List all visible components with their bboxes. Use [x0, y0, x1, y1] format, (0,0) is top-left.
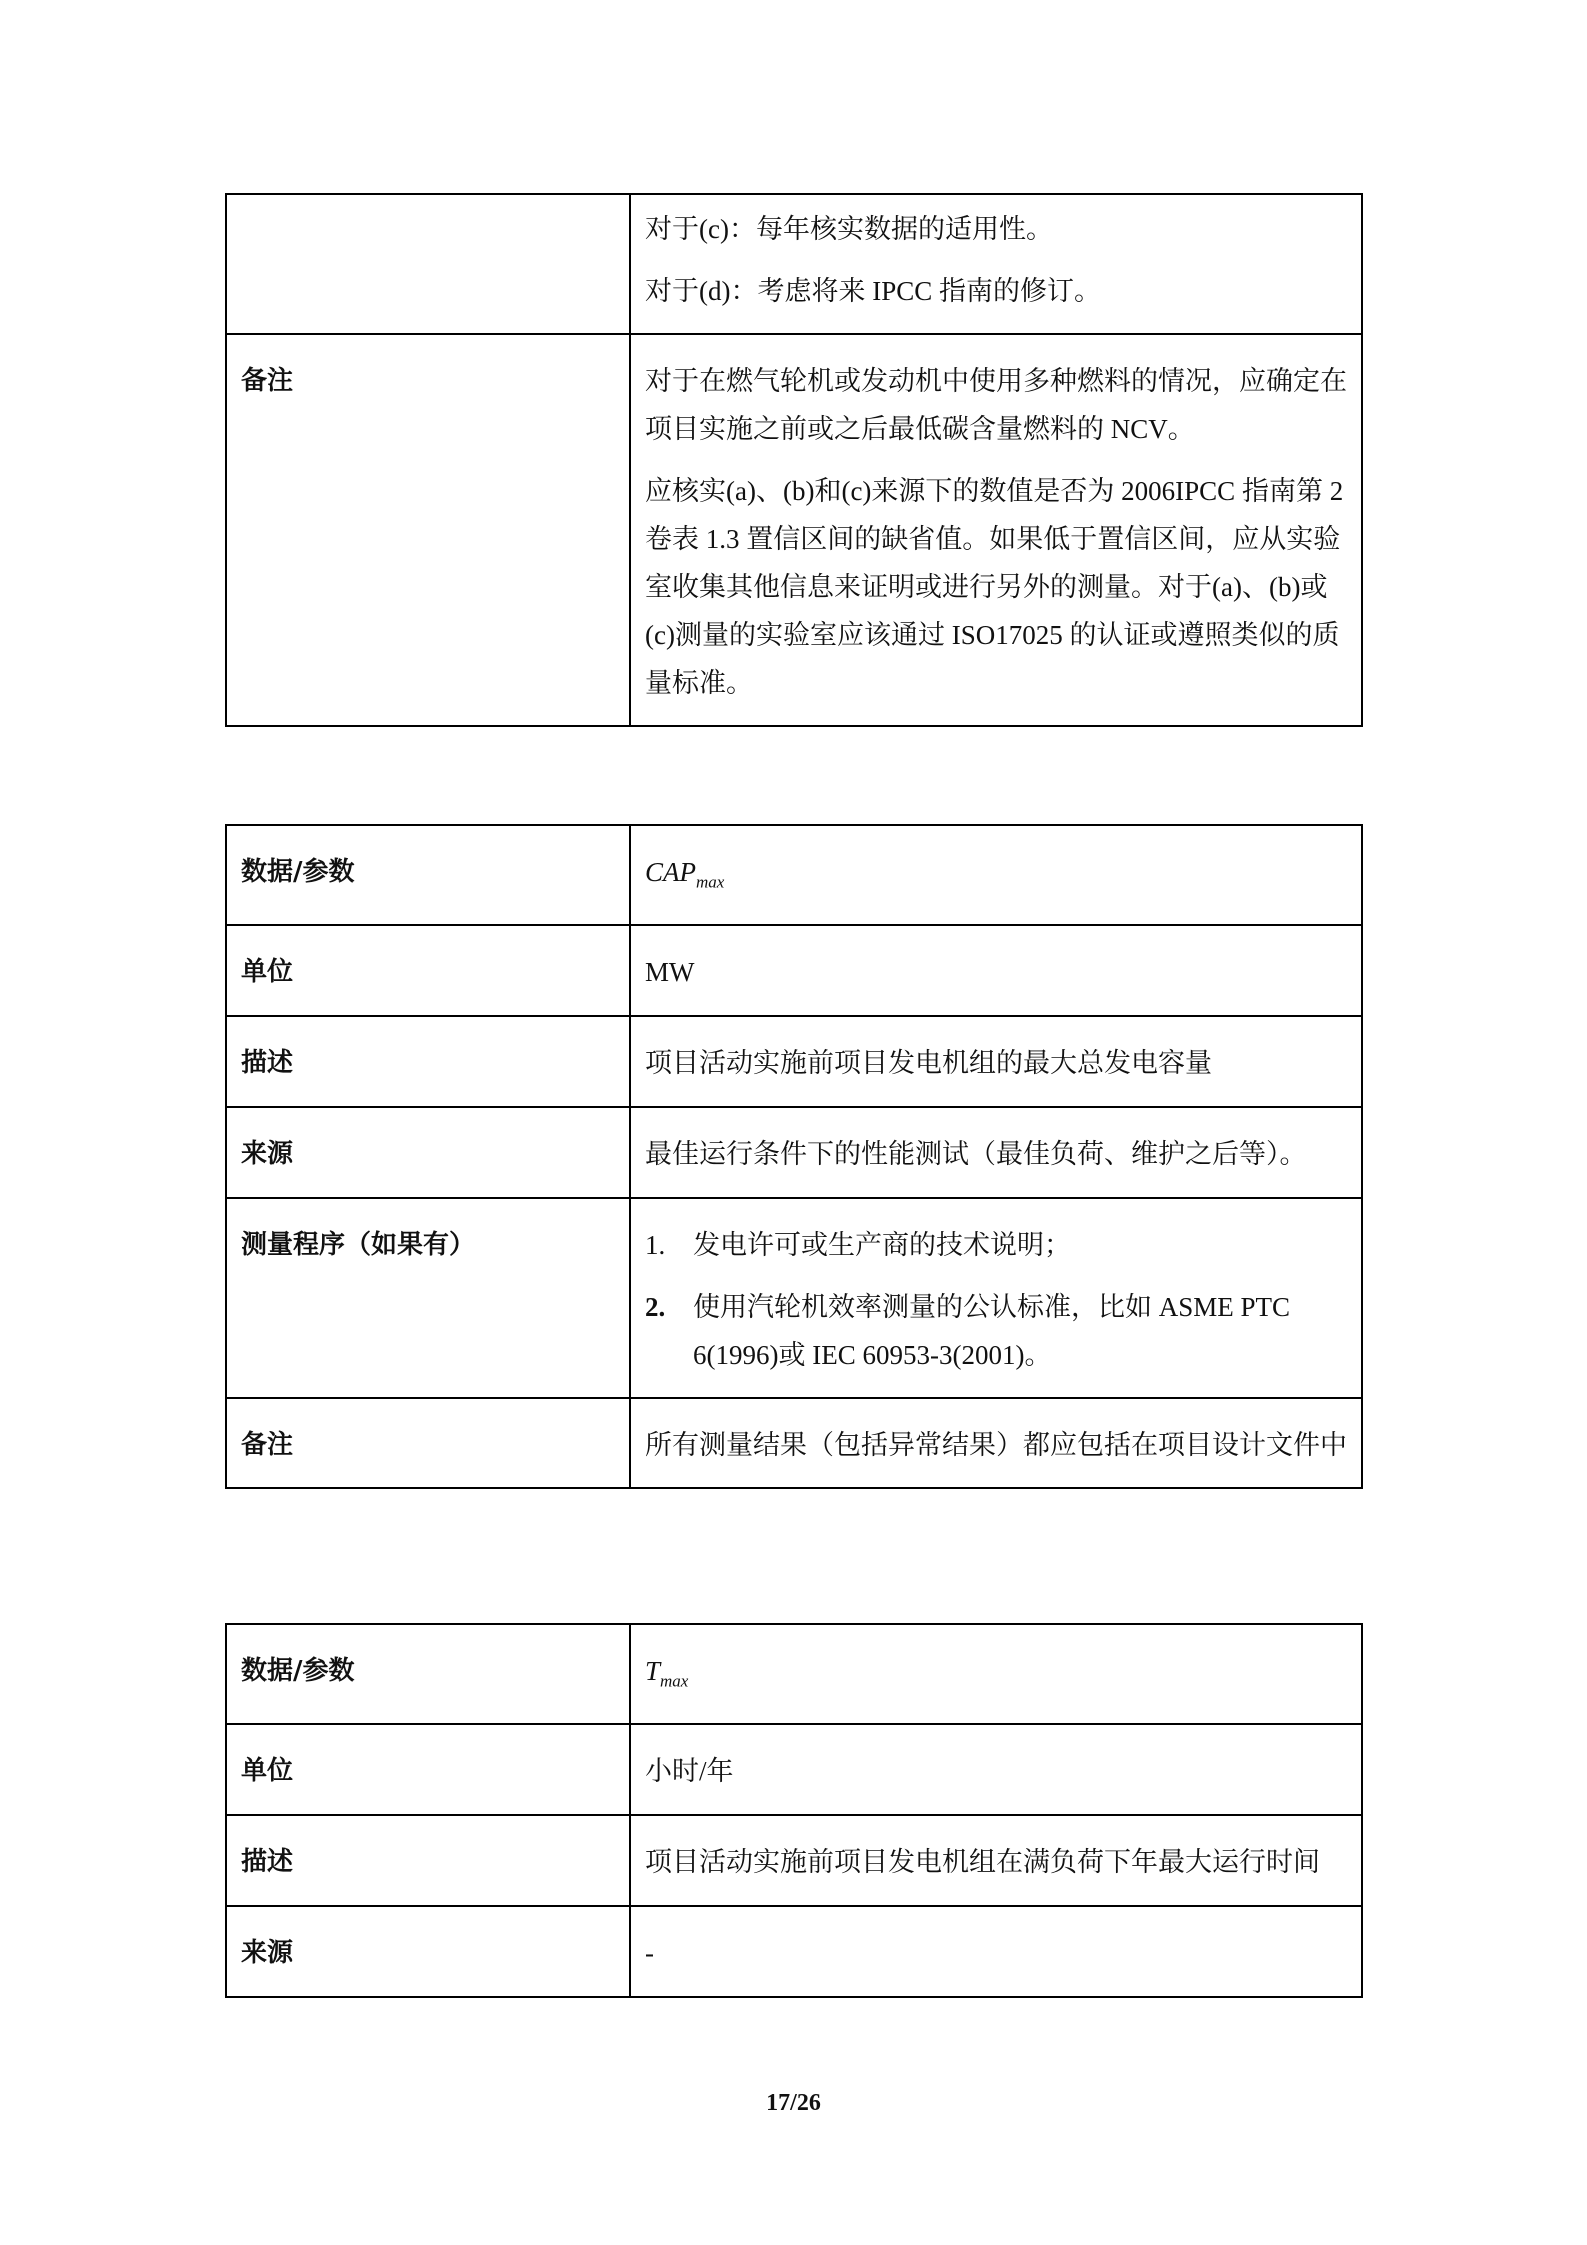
- list-item: 2.使用汽轮机效率测量的公认标准，比如 ASME PTC 6(1996)或 IE…: [645, 1283, 1347, 1379]
- unit-label: 单位: [226, 1724, 630, 1815]
- row-label: [226, 194, 630, 334]
- parameter-table-capmax: 数据/参数 CAPmax 单位 MW 描述 项目活动实施前项目发电机组的最大总发…: [225, 824, 1363, 1489]
- param-value: CAPmax: [630, 825, 1362, 925]
- remark-label: 备注: [226, 334, 630, 726]
- remark-label: 备注: [226, 1398, 630, 1488]
- unit-value: MW: [630, 925, 1362, 1016]
- table-row: 单位 MW: [226, 925, 1362, 1016]
- remark-value: 所有测量结果（包括异常结果）都应包括在项目设计文件中: [630, 1398, 1362, 1488]
- description-label: 描述: [226, 1016, 630, 1107]
- row-value: 对于(c)：每年核实数据的适用性。 对于(d)：考虑将来 IPCC 指南的修订。: [630, 194, 1362, 334]
- procedure-list: 1.发电许可或生产商的技术说明； 2.使用汽轮机效率测量的公认标准，比如 ASM…: [645, 1221, 1347, 1379]
- paragraph: 对于在燃气轮机或发动机中使用多种燃料的情况，应确定在项目实施之前或之后最低碳含量…: [645, 357, 1347, 453]
- description-label: 描述: [226, 1815, 630, 1906]
- source-value: 最佳运行条件下的性能测试（最佳负荷、维护之后等）。: [630, 1107, 1362, 1198]
- page-number: 17/26: [0, 2090, 1587, 2117]
- description-value: 项目活动实施前项目发电机组在满负荷下年最大运行时间: [630, 1815, 1362, 1906]
- parameter-table-continued: 对于(c)：每年核实数据的适用性。 对于(d)：考虑将来 IPCC 指南的修订。…: [225, 193, 1363, 727]
- table-row: 对于(c)：每年核实数据的适用性。 对于(d)：考虑将来 IPCC 指南的修订。: [226, 194, 1362, 334]
- param-symbol: CAPmax: [645, 857, 724, 887]
- table-row: 数据/参数 CAPmax: [226, 825, 1362, 925]
- param-value: Tmax: [630, 1624, 1362, 1724]
- source-value: -: [630, 1906, 1362, 1997]
- source-label: 来源: [226, 1906, 630, 1997]
- procedure-value: 1.发电许可或生产商的技术说明； 2.使用汽轮机效率测量的公认标准，比如 ASM…: [630, 1198, 1362, 1398]
- parameter-table-tmax: 数据/参数 Tmax 单位 小时/年 描述 项目活动实施前项目发电机组在满负荷下…: [225, 1623, 1363, 1998]
- unit-value: 小时/年: [630, 1724, 1362, 1815]
- table-row: 来源 -: [226, 1906, 1362, 1997]
- table-row: 备注 对于在燃气轮机或发动机中使用多种燃料的情况，应确定在项目实施之前或之后最低…: [226, 334, 1362, 726]
- table-row: 备注 所有测量结果（包括异常结果）都应包括在项目设计文件中: [226, 1398, 1362, 1488]
- param-symbol: Tmax: [645, 1656, 688, 1686]
- table-row: 单位 小时/年: [226, 1724, 1362, 1815]
- table-row: 描述 项目活动实施前项目发电机组在满负荷下年最大运行时间: [226, 1815, 1362, 1906]
- table-row: 描述 项目活动实施前项目发电机组的最大总发电容量: [226, 1016, 1362, 1107]
- procedure-label: 测量程序（如果有）: [226, 1198, 630, 1398]
- source-label: 来源: [226, 1107, 630, 1198]
- param-label: 数据/参数: [226, 1624, 630, 1724]
- unit-label: 单位: [226, 925, 630, 1016]
- paragraph: 应核实(a)、(b)和(c)来源下的数值是否为 2006IPCC 指南第 2 卷…: [645, 467, 1347, 707]
- paragraph: 对于(d)：考虑将来 IPCC 指南的修订。: [645, 267, 1347, 315]
- paragraph: 对于(c)：每年核实数据的适用性。: [645, 205, 1347, 253]
- list-item: 1.发电许可或生产商的技术说明；: [645, 1221, 1347, 1269]
- description-value: 项目活动实施前项目发电机组的最大总发电容量: [630, 1016, 1362, 1107]
- param-label: 数据/参数: [226, 825, 630, 925]
- table-row: 来源 最佳运行条件下的性能测试（最佳负荷、维护之后等）。: [226, 1107, 1362, 1198]
- remark-value: 对于在燃气轮机或发动机中使用多种燃料的情况，应确定在项目实施之前或之后最低碳含量…: [630, 334, 1362, 726]
- table-row: 数据/参数 Tmax: [226, 1624, 1362, 1724]
- table-row: 测量程序（如果有） 1.发电许可或生产商的技术说明； 2.使用汽轮机效率测量的公…: [226, 1198, 1362, 1398]
